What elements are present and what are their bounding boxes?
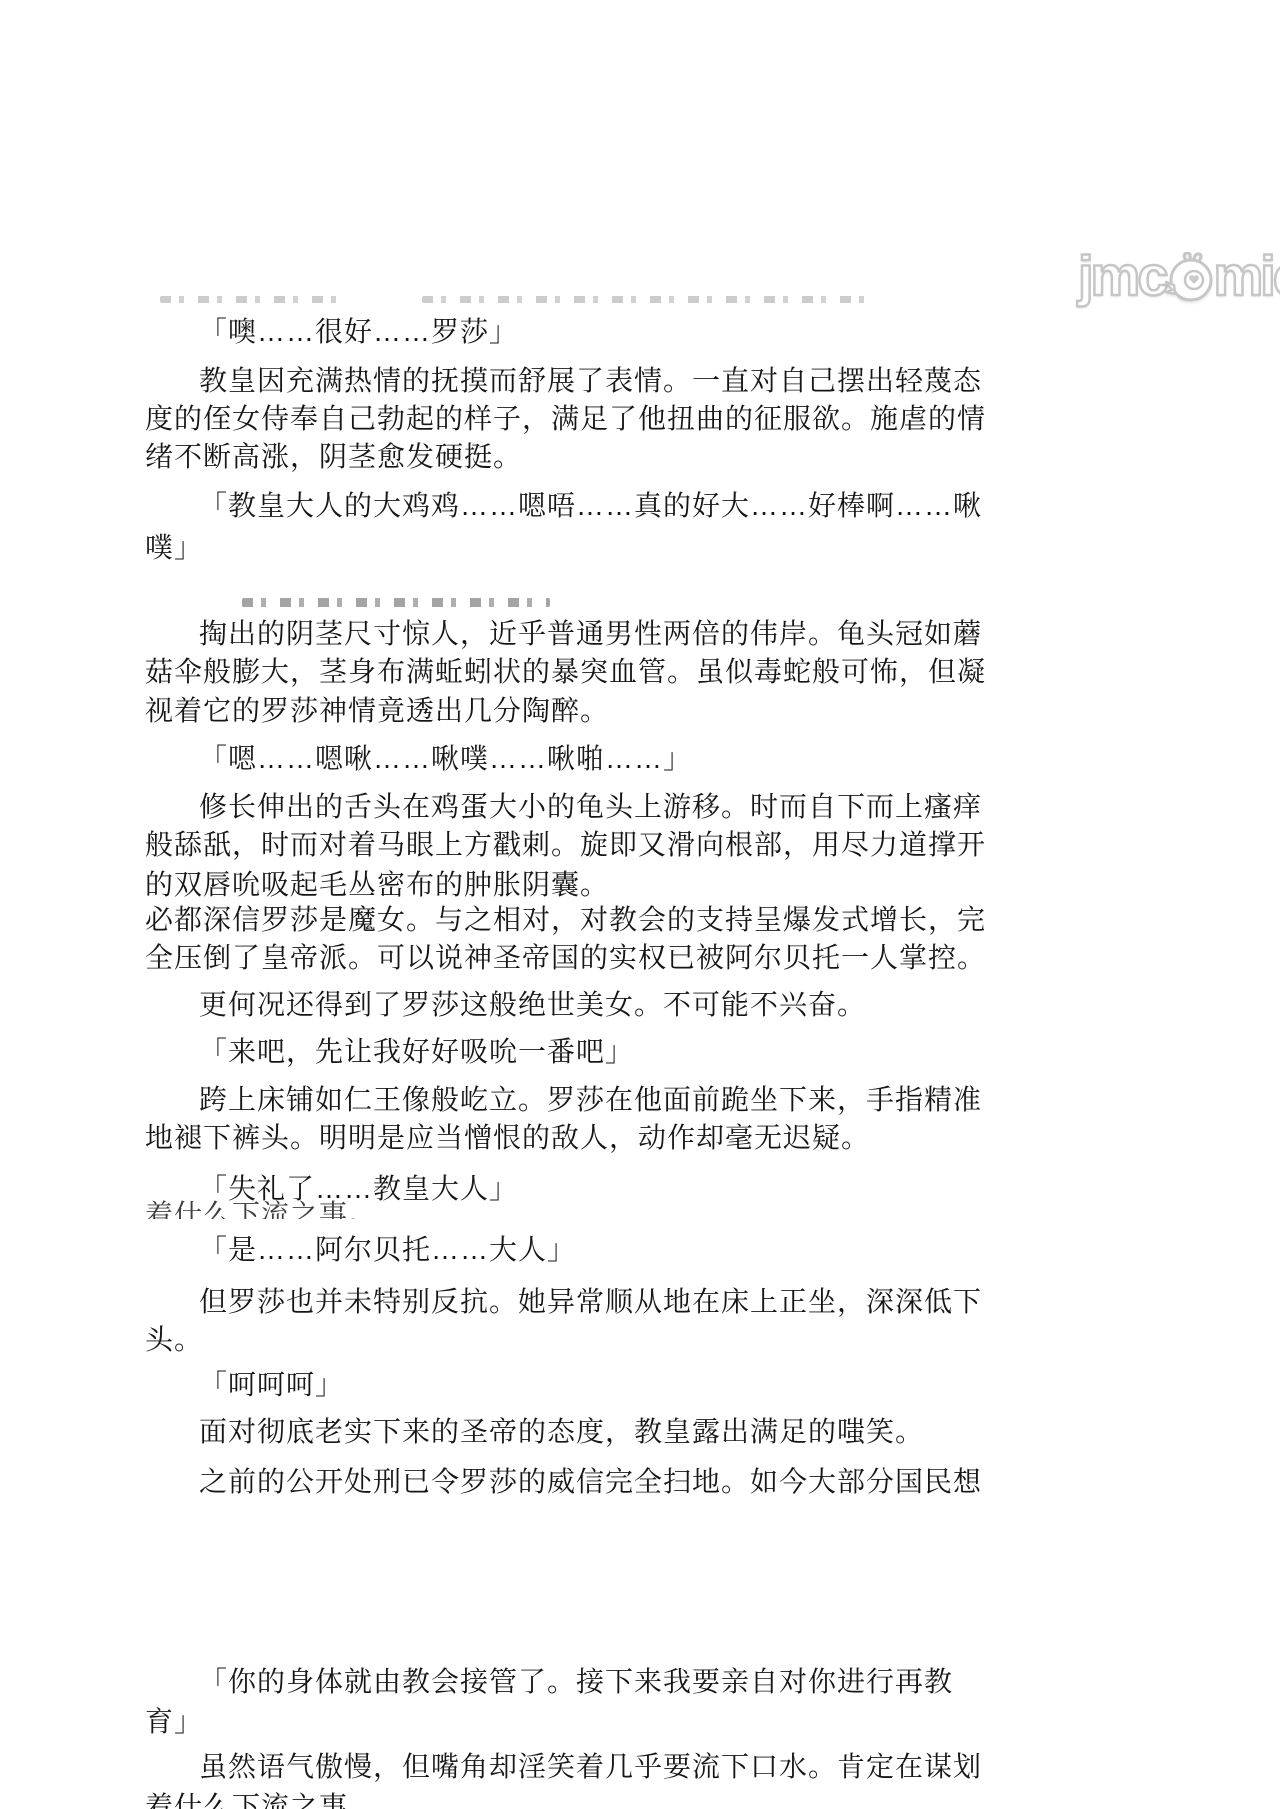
text-line: 更何况还得到了罗莎这般绝世美女。不可能不兴奋。 — [199, 988, 866, 1022]
text-line: 「来吧，先让我好好吸吮一番吧」 — [199, 1035, 634, 1069]
text-line: 虽然语气傲慢，但嘴角却淫笑着几乎要流下口水。肯定在谋划 — [199, 1750, 982, 1784]
text-line: 度的侄女侍奉自己勃起的样子，满足了他扭曲的征服欲。施虐的情 — [145, 402, 986, 436]
text-line: 「失礼了……教皇大人」 — [199, 1172, 518, 1206]
text-line: 必都深信罗莎是魔女。与之相对，对教会的支持呈爆发式增长，完 — [145, 903, 986, 937]
text-line: 「噢……很好……罗莎」 — [199, 315, 518, 349]
text-line: 般舔舐，时而对着马眼上方戳刺。旋即又滑向根部，用尽力道撑开 — [145, 828, 986, 862]
text-line: 「嗯……嗯啾……啾噗……啾啪……」 — [199, 742, 692, 776]
text-line: 绪不断高涨，阴茎愈发硬挺。 — [145, 440, 522, 474]
text-line: 「你的身体就由教会接管了。接下来我要亲自对你进行再教 — [199, 1665, 953, 1699]
text-line: 但罗莎也并未特别反抗。她异常顺从地在床上正坐，深深低下 — [199, 1285, 982, 1319]
jmcomic-watermark-logo: jmc mic — [1078, 250, 1280, 302]
text-line: 「教皇大人的大鸡鸡……嗯唔……真的好大……好棒啊……啾 — [199, 489, 982, 523]
text-line: 地褪下裤头。明明是应当憎恨的敌人，动作却毫无迟疑。 — [145, 1121, 870, 1155]
text-line: 头。 — [145, 1323, 203, 1357]
text-line: 「是……阿尔贝托……大人」 — [199, 1233, 576, 1267]
clipped-text-artifact-top-right — [422, 296, 866, 303]
text-line: 「呵呵呵」 — [199, 1368, 344, 1402]
text-line: 的双唇吮吸起毛丛密布的肿胀阴囊。 — [145, 868, 609, 902]
text-line: 跨上床铺如仁王像般屹立。罗莎在他面前跪坐下来，手指精准 — [199, 1083, 982, 1117]
watermark-text-left: jmc — [1078, 252, 1166, 300]
novel-text-page: jmc mic 「噢……很好……罗莎」 教皇因充满热情的抚摸而舒展了表情。一直对… — [0, 0, 1280, 1809]
text-line: 育」 — [145, 1705, 203, 1739]
text-line: 修长伸出的舌头在鸡蛋大小的龟头上游移。时而自下而上瘙痒 — [199, 790, 982, 824]
text-line: 掏出的阴茎尺寸惊人，近乎普通男性两倍的伟岸。龟头冠如蘑 — [199, 617, 982, 651]
text-line: 之前的公开处刑已令罗莎的威信完全扫地。如今大部分国民想 — [199, 1465, 982, 1499]
clipped-text-artifact-mid — [242, 598, 550, 607]
text-line: 教皇因充满热情的抚摸而舒展了表情。一直对自己摆出轻蔑态 — [199, 364, 982, 398]
text-line: 全压倒了皇帝派。可以说神圣帝国的实权已被阿尔贝托一人掌控。 — [145, 941, 986, 975]
watermark-text-right: mic — [1214, 252, 1280, 300]
text-line: 面对彻底老实下来的圣帝的态度，教皇露出满足的嗤笑。 — [199, 1415, 924, 1449]
clipped-text-artifact-top-left — [160, 296, 346, 303]
text-line: 噗」 — [145, 531, 203, 565]
page-bottom-cut-text-line: 着什么下流之事。 — [145, 1790, 377, 1809]
text-line: 菇伞般膨大，茎身布满蚯蚓状的暴突血管。虽似毒蛇般可怖，但凝 — [145, 655, 986, 689]
bird-mascot-icon — [1164, 252, 1216, 304]
text-line: 视着它的罗莎神情竟透出几分陶醉。 — [145, 694, 609, 728]
